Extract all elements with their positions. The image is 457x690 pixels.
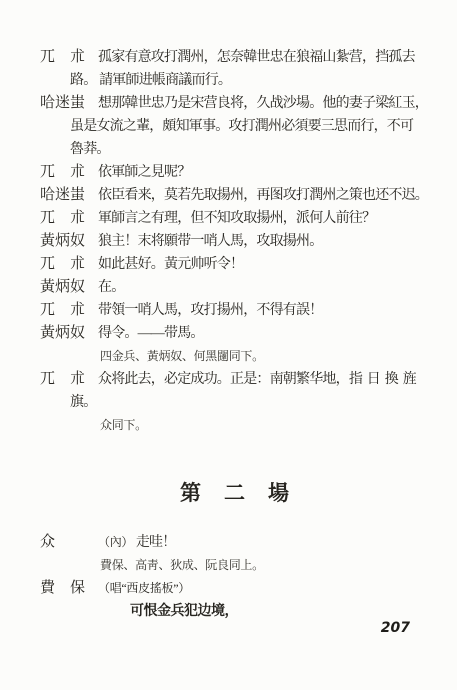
dialogue-line: 如此甚好。黃元帅听令！ xyxy=(98,253,430,276)
dialogue-line: 得令。——带馬。 xyxy=(98,322,430,345)
dialogue-line: （內） 走哇！ xyxy=(98,531,430,554)
dialogue-continuation: 路。 請軍師进帳商議而行。 xyxy=(70,69,430,92)
speaker-label: 黃炳奴 xyxy=(40,322,98,345)
book-page: 兀 朮 孤家有意攻打潤州，怎奈韓世忠在狼福山紮营，挡孤去 路。 請軍師进帳商議而… xyxy=(0,0,457,690)
speaker-label: 众 xyxy=(40,531,98,554)
speaker-label: 黃炳奴 xyxy=(40,276,98,299)
dialogue-row: 兀 朮 带領一哨人馬，攻打揚州，不得有誤！ xyxy=(40,299,430,322)
dialogue-continuation: 旗。 xyxy=(70,391,430,414)
dialogue-line: 依軍師之見呢？ xyxy=(98,161,430,184)
dialogue-line: 想那韓世忠乃是宋营良将，久战沙場。他的妻子梁紅玉， xyxy=(98,92,430,115)
dialogue-line: 带領一哨人馬，攻打揚州，不得有誤！ xyxy=(98,299,430,322)
stage-direction: 四金兵、黃炳奴、何黑闥同下。 xyxy=(100,345,430,368)
speaker-label: 兀 朮 xyxy=(40,161,98,184)
dialogue-line: 軍師言之有理，但不知攻取揚州，派何人前往？ xyxy=(98,207,430,230)
dialogue-row: 兀 朮 众将此去，必定成功。正是：南朝繁华地，指日換旌 xyxy=(40,368,430,391)
speaker-label: 兀 朮 xyxy=(40,299,98,322)
speaker-label: 兀 朮 xyxy=(40,253,98,276)
speaker-label: 黃炳奴 xyxy=(40,230,98,253)
dialogue-line: （唱“西皮搖板”） xyxy=(98,577,430,600)
speaker-label: 哈迷蚩 xyxy=(40,92,98,115)
dialogue-row: 哈迷蚩 想那韓世忠乃是宋营良将，久战沙場。他的妻子梁紅玉， xyxy=(40,92,430,115)
dialogue-row: 黃炳奴 得令。——带馬。 xyxy=(40,322,430,345)
dialogue-continuation: 魯莽。 xyxy=(70,138,430,161)
dialogue-row: 众 （內） 走哇！ xyxy=(40,531,430,554)
dialogue-line-main: 众将此去，必定成功。正是：南朝繁华地， xyxy=(98,372,349,387)
stage-direction: 众同下。 xyxy=(100,414,430,437)
dialogue-line: 依臣看来，莫若先取揚州，再图攻打潤州之策也还不迟。 xyxy=(98,184,430,207)
inline-stage-note: （內） xyxy=(98,535,133,549)
dialogue-row: 兀 朮 如此甚好。黃元帅听令！ xyxy=(40,253,430,276)
inline-stage-note: （唱“西皮搖板”） xyxy=(98,581,190,595)
speaker-label: 兀 朮 xyxy=(40,207,98,230)
dialogue-row: 黃炳奴 在。 xyxy=(40,276,430,299)
dialogue-row: 兀 朮 孤家有意攻打潤州，怎奈韓世忠在狼福山紮营，挡孤去 xyxy=(40,46,430,69)
page-number: 207 xyxy=(381,620,410,636)
dialogue-line-main: 走哇！ xyxy=(136,535,176,550)
dialogue-line: 在。 xyxy=(98,276,430,299)
speaker-label: 哈迷蚩 xyxy=(40,184,98,207)
speaker-label: 兀 朮 xyxy=(40,368,98,391)
stage-direction: 費保、高靑、狄成、阮良同上。 xyxy=(100,554,430,577)
dialogue-line: 孤家有意攻打潤州，怎奈韓世忠在狼福山紮营，挡孤去 xyxy=(98,46,430,69)
dialogue-row: 費 保 （唱“西皮搖板”） xyxy=(40,577,430,600)
dialogue-line-justified: 指日換旌 xyxy=(349,372,421,387)
scene-title: 第 二 場 xyxy=(40,478,430,508)
dialogue-row: 哈迷蚩 依臣看来，莫若先取揚州，再图攻打潤州之策也还不迟。 xyxy=(40,184,430,207)
dialogue-line: 狼主！末将願带一哨人馬，攻取揚州。 xyxy=(98,230,430,253)
dialogue-row: 黃炳奴 狼主！末将願带一哨人馬，攻取揚州。 xyxy=(40,230,430,253)
dialogue-row: 兀 朮 依軍師之見呢？ xyxy=(40,161,430,184)
script-text-block: 兀 朮 孤家有意攻打潤州，怎奈韓世忠在狼福山紮营，挡孤去 路。 請軍師进帳商議而… xyxy=(40,46,430,623)
dialogue-continuation: 虽是女流之輩，頗知軍事。攻打潤州必須要三思而行，不可 xyxy=(70,115,430,138)
speaker-label: 兀 朮 xyxy=(40,46,98,69)
dialogue-line: 众将此去，必定成功。正是：南朝繁华地，指日換旌 xyxy=(98,368,430,391)
speaker-label: 費 保 xyxy=(40,577,98,600)
dialogue-row: 兀 朮 軍師言之有理，但不知攻取揚州，派何人前往？ xyxy=(40,207,430,230)
